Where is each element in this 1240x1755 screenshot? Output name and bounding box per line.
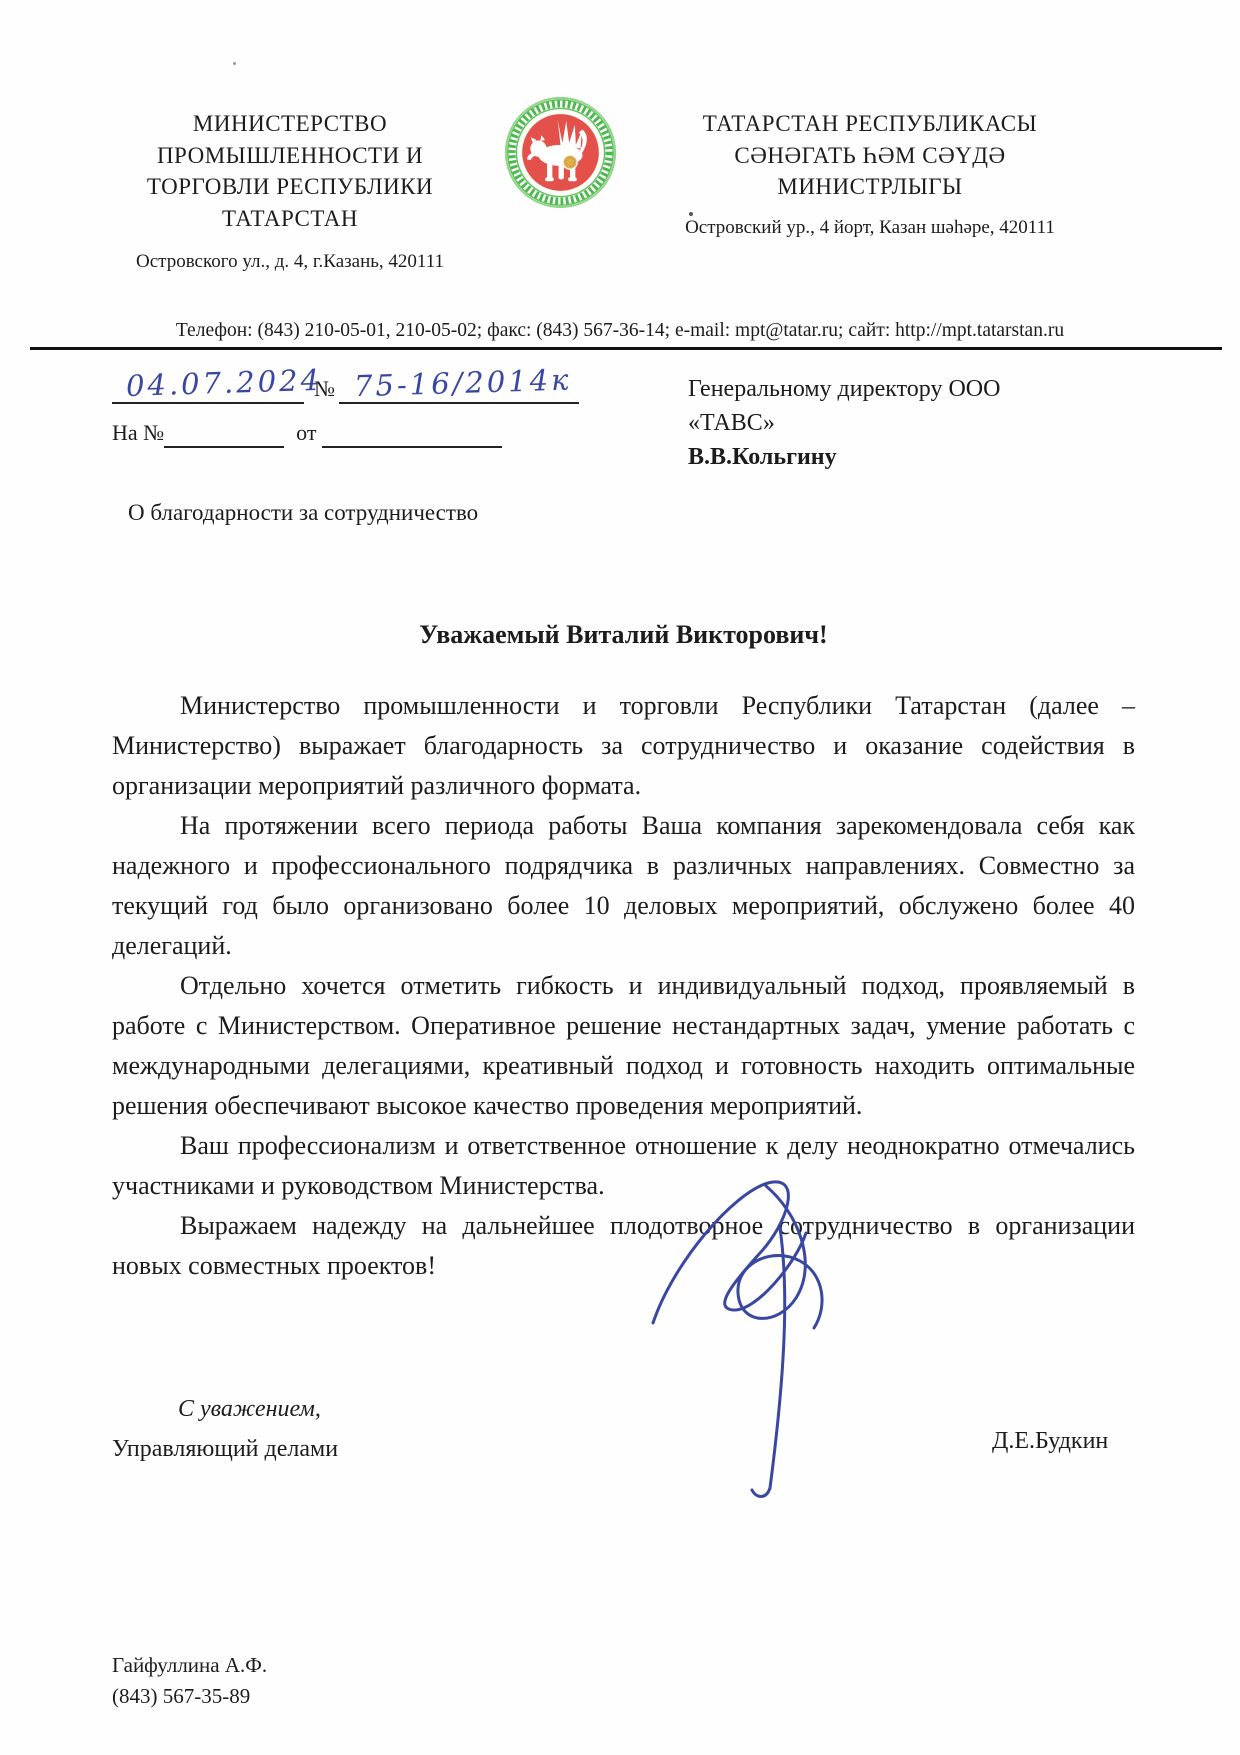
org-name-russian: МИНИСТЕРСТВО ПРОМЫШЛЕННОСТИ И ТОРГОВЛИ Р… — [95, 108, 485, 235]
recipient-block: Генеральному директору ООО «ТАВС» В.В.Ко… — [688, 372, 1108, 474]
body-paragraph: Министерство промышленности и торговли Р… — [112, 686, 1135, 806]
org-address-tatar: Островский ур., 4 йорт, Казан шәһәре, 42… — [640, 217, 1100, 239]
signer-position: Управляющий делами — [112, 1436, 338, 1463]
signer-name: Д.Е.Будкин — [992, 1428, 1108, 1455]
regards-line: С уважением, — [178, 1396, 321, 1423]
recipient-company: «ТАВС» — [688, 406, 1108, 440]
reply-number-field — [164, 420, 284, 448]
scan-artifact-dot — [233, 62, 236, 65]
outgoing-number-field: 75-16/2014к — [339, 366, 579, 404]
body-paragraph: На протяжении всего периода работы Ваша … — [112, 806, 1135, 966]
handwritten-date: 04.07.2024 — [111, 363, 328, 406]
org-address-russian: Островского ул., д. 4, г.Казань, 420111 — [95, 251, 485, 273]
contact-line: Телефон: (843) 210-05-01, 210-05-02; фак… — [0, 320, 1240, 342]
executor-block: Гайфуллина А.Ф. (843) 567-35-89 — [112, 1650, 267, 1712]
handwritten-number: 75-16/2014к — [340, 362, 579, 405]
org-name-tatar: ТАТАРСТАН РЕСПУБЛИКАСЫ СӘНӘГАТЬ ҺӘМ СӘҮД… — [640, 108, 1100, 203]
tatarstan-coat-of-arms-icon — [503, 95, 618, 210]
reply-from-label: от — [284, 420, 322, 448]
recipient-title: Генеральному директору ООО — [688, 372, 1108, 406]
header-divider-rule — [30, 347, 1222, 350]
org-name-russian-block: МИНИСТЕРСТВО ПРОМЫШЛЕННОСТИ И ТОРГОВЛИ Р… — [95, 108, 485, 273]
executor-name: Гайфуллина А.Ф. — [112, 1650, 267, 1681]
letter-page: МИНИСТЕРСТВО ПРОМЫШЛЕННОСТИ И ТОРГОВЛИ Р… — [0, 0, 1240, 1755]
body-paragraph: Ваш профессионализм и ответственное отно… — [112, 1126, 1135, 1206]
reference-block: 04.07.2024 № 75-16/2014к На № от — [112, 358, 592, 448]
signature-icon — [628, 1158, 878, 1508]
reply-to-label: На № — [112, 420, 164, 448]
date-field: 04.07.2024 — [112, 366, 304, 404]
subject-line: О благодарности за сотрудничество — [128, 500, 478, 526]
body-paragraph: Отдельно хочется отметить гибкость и инд… — [112, 966, 1135, 1126]
letter-body: Министерство промышленности и торговли Р… — [112, 686, 1135, 1286]
recipient-person: В.В.Кольгину — [688, 440, 1108, 474]
executor-phone: (843) 567-35-89 — [112, 1681, 267, 1712]
org-name-tatar-block: ТАТАРСТАН РЕСПУБЛИКАСЫ СӘНӘГАТЬ ҺӘМ СӘҮД… — [640, 108, 1100, 239]
salutation: Уважаемый Виталий Викторович! — [112, 620, 1135, 650]
body-paragraph: Выражаем надежду на дальнейшее плодотвор… — [112, 1206, 1135, 1286]
reply-date-field — [322, 420, 502, 448]
